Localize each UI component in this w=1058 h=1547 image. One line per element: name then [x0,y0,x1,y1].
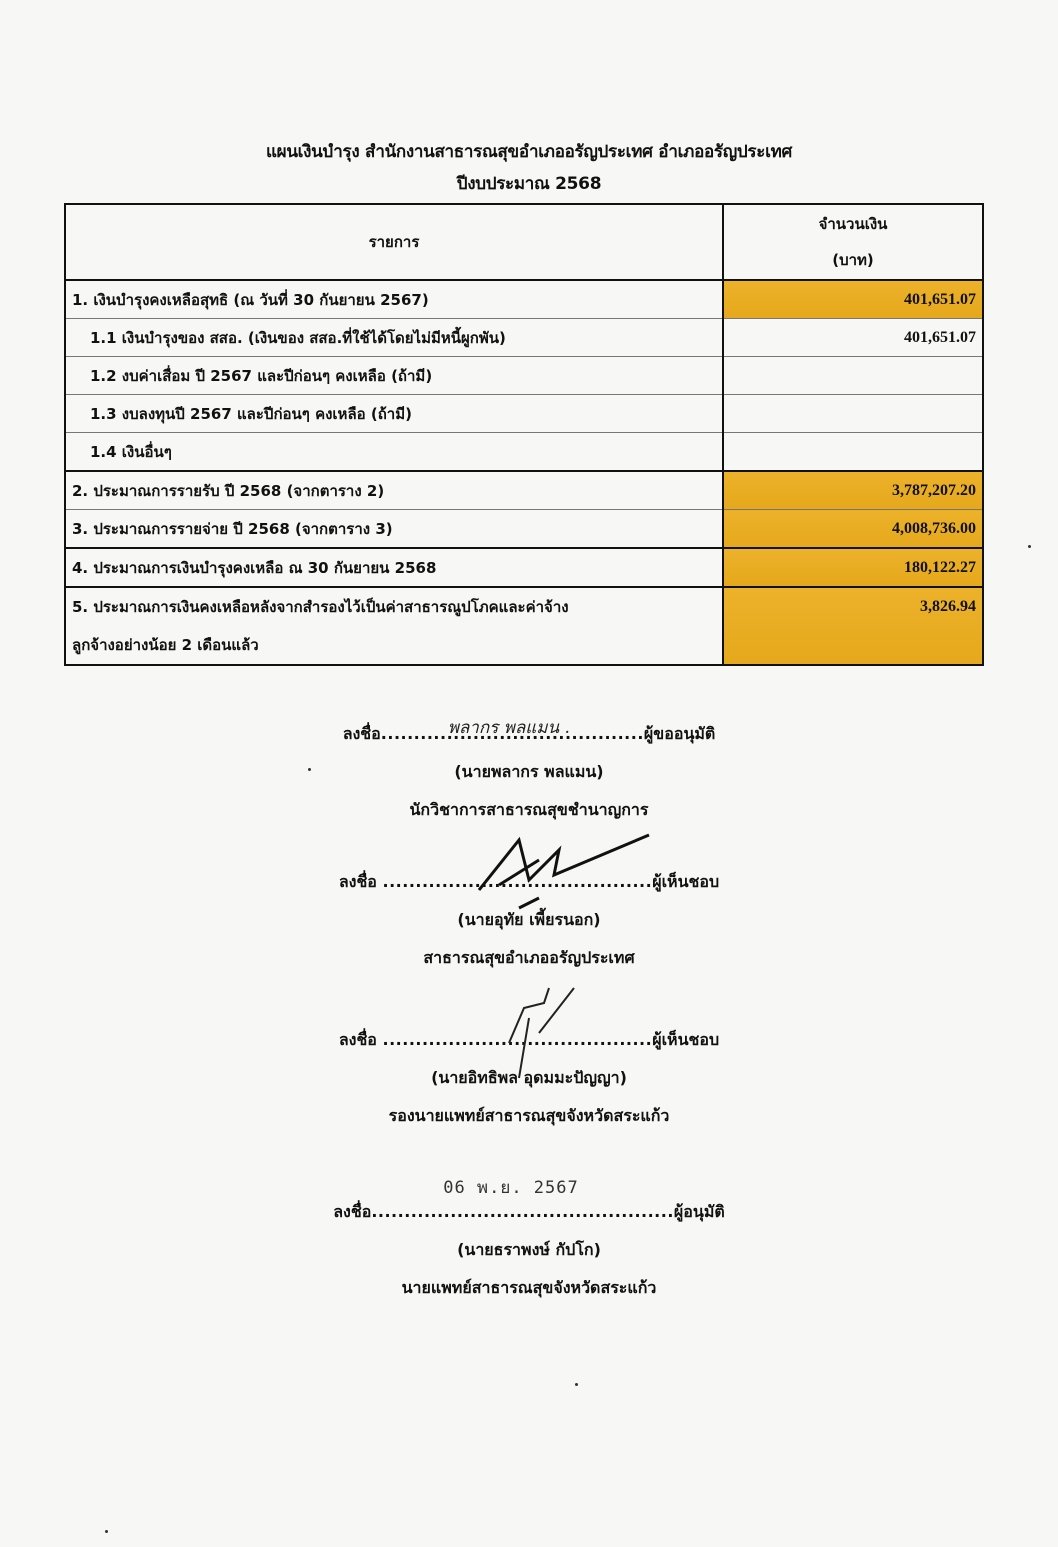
row-label: 1.2 งบค่าเสื่อม ปี 2567 และปีก่อนๆ คงเหล… [65,357,723,395]
table-row: 1.3 งบลงทุนปี 2567 และปีก่อนๆ คงเหลือ (ถ… [65,395,983,433]
table-row: 1. เงินบำรุงคงเหลือสุทธิ (ณ วันที่ 30 กั… [65,280,983,319]
signature-block-requester: ลงชื่อ..................................… [0,722,1058,823]
signature-block-endorser-2: ลงชื่อ .................................… [0,1028,1058,1129]
signature-block-approver: ลงชื่อ..................................… [0,1200,1058,1301]
row-amount: 180,122.27 [723,548,983,587]
signer-position: รองนายแพทย์สาธารณสุขจังหวัดสระแก้ว [0,1104,1058,1129]
scan-speck [308,768,311,771]
signer-position: สาธารณสุขอำเภออรัญประเทศ [0,946,1058,971]
row-amount [723,357,983,395]
date-stamp: 06 พ.ย. 2567 [443,1174,579,1201]
signature-scribble-icon [489,983,579,1083]
sign-dots: ........................................… [371,1202,674,1221]
signer-position: นายแพทย์สาธารณสุขจังหวัดสระแก้ว [0,1276,1058,1301]
row-label: 1. เงินบำรุงคงเหลือสุทธิ (ณ วันที่ 30 กั… [65,280,723,319]
budget-table: รายการ จำนวนเงิน (บาท) 1. เงินบำรุงคงเหล… [64,203,984,666]
row-amount: 4,008,736.00 [723,510,983,549]
sign-prefix: ลงชื่อ [339,1030,377,1049]
row-label-line1: 5. ประมาณการเงินคงเหลือหลังจากสำรองไว้เป… [72,588,716,626]
col-amount-header: จำนวนเงิน (บาท) [723,204,983,280]
fiscal-year: ปีงบประมาณ 2568 [0,170,1058,197]
row-label: 1.4 เงินอื่นๆ [65,433,723,472]
row-label: 3. ประมาณการรายจ่าย ปี 2568 (จากตาราง 3) [65,510,723,549]
row-label: 1.1 เงินบำรุงของ สสอ. (เงินของ สสอ.ที่ใช… [65,319,723,357]
signature-row: ลงชื่อ..................................… [333,1200,725,1225]
col-item-header: รายการ [65,204,723,280]
sign-role: ผู้เห็นชอบ [652,1030,719,1049]
scan-speck [105,1530,108,1533]
row-amount [723,395,983,433]
signature-row: ลงชื่อ .................................… [339,870,719,895]
signer-name: (นายธราพงษ์ กัปโก) [0,1238,1058,1276]
row-label: 5. ประมาณการเงินคงเหลือหลังจากสำรองไว้เป… [65,587,723,665]
table-row: 1.2 งบค่าเสื่อม ปี 2567 และปีก่อนๆ คงเหล… [65,357,983,395]
sign-prefix: ลงชื่อ [333,1202,371,1221]
table-row: 2. ประมาณการรายรับ ปี 2568 (จากตาราง 2) … [65,471,983,510]
sign-role: ผู้เห็นชอบ [652,872,719,891]
sign-prefix: ลงชื่อ [339,872,377,891]
table-row: 1.4 เงินอื่นๆ [65,433,983,472]
signer-name: (นายอุทัย เพี้ยรนอก) [0,908,1058,946]
sign-role: ผู้อนุมัติ [674,1202,725,1221]
sign-role: ผู้ขออนุมัติ [644,724,715,743]
scan-speck [575,1383,578,1386]
handwritten-signature: พลากร พลแมน . [448,714,570,741]
row-label: 4. ประมาณการเงินบำรุงคงเหลือ ณ 30 กันยาย… [65,548,723,587]
signature-line: ลงชื่อ..................................… [0,722,1058,760]
row-amount: 3,787,207.20 [723,471,983,510]
table-header: รายการ จำนวนเงิน (บาท) [65,204,983,280]
row-label-line2: ลูกจ้างอย่างน้อย 2 เดือนแล้ว [72,626,716,664]
row-amount [723,433,983,472]
table-row: 3. ประมาณการรายจ่าย ปี 2568 (จากตาราง 3)… [65,510,983,549]
signature-line: ลงชื่อ .................................… [0,870,1058,908]
signature-line: ลงชื่อ .................................… [0,1028,1058,1066]
signer-name: (นายพลากร พลแมน) [0,760,1058,798]
signature-block-endorser-1: ลงชื่อ .................................… [0,870,1058,971]
signature-line: ลงชื่อ..................................… [0,1200,1058,1238]
table-row: 1.1 เงินบำรุงของ สสอ. (เงินของ สสอ.ที่ใช… [65,319,983,357]
signature-scribble-icon [459,820,659,910]
signature-row: ลงชื่อ..................................… [343,722,716,747]
col-amount-unit: (บาท) [730,242,976,278]
table-row: 5. ประมาณการเงินคงเหลือหลังจากสำรองไว้เป… [65,587,983,665]
row-label: 1.3 งบลงทุนปี 2567 และปีก่อนๆ คงเหลือ (ถ… [65,395,723,433]
row-amount: 401,651.07 [723,319,983,357]
document-title: แผนเงินบำรุง สำนักงานสาธารณสุขอำเภออรัญป… [0,138,1058,165]
row-label: 2. ประมาณการรายรับ ปี 2568 (จากตาราง 2) [65,471,723,510]
row-amount: 401,651.07 [723,280,983,319]
sign-prefix: ลงชื่อ [343,724,381,743]
scan-speck [1028,545,1031,548]
signature-row: ลงชื่อ .................................… [339,1028,719,1053]
table-row: 4. ประมาณการเงินบำรุงคงเหลือ ณ 30 กันยาย… [65,548,983,587]
row-amount: 3,826.94 [723,587,983,665]
col-amount-label: จำนวนเงิน [730,206,976,242]
